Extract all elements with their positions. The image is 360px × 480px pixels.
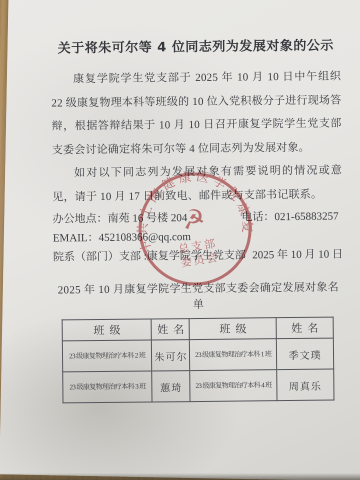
office-location-label: 办公地点：: [52, 210, 107, 230]
office-phone-row: 办公地点：南苑 16 号楼 204 电话：021-65883257: [52, 207, 342, 229]
email-value: 452108366@qq.com: [99, 228, 192, 248]
development-targets-table: 班级 姓名 班级 姓名 23 级康复物理治疗本科 2 班 朱可尔 23 级康复物…: [62, 317, 335, 404]
header-class-1: 班级: [62, 319, 152, 341]
document-content: 关于将朱可尔等 4 位同志列为发展对象的公示 康复学院学生党支部于 2025 年…: [2, 0, 360, 480]
cell-class: 23 级康复物理治疗本科 3 班: [63, 371, 153, 403]
document-date: 2025 年 10 月 10 日: [252, 245, 343, 265]
email-label: EMAIL：: [53, 229, 99, 248]
branch-value: 康复学院学生党支部: [147, 246, 246, 266]
cell-class: 23 级康复物理治疗本科 2 班: [62, 340, 152, 372]
office-location-value: 南苑 16 号楼 204: [107, 209, 187, 229]
announcement-title: 关于将朱可尔等 4 位同志列为发展对象的公示: [51, 34, 341, 56]
body-paragraph-1: 康复学院学生党支部于 2025 年 10 月 10 日中午组织 22 级康复物理…: [51, 65, 342, 162]
branch-date-row: 院系（部门）支部 :康复学院学生党支部 2025 年 10 月 10 日: [53, 245, 343, 267]
cell-class: 23 级康复物理治疗本科 4 班: [190, 370, 277, 402]
header-class-2: 班级: [189, 318, 276, 340]
phone-pair: 电话：021-65883257: [241, 208, 338, 228]
body-paragraph-2: 如对以下同志列为发展对象有需要说明的情况或意见，请于 10 月 17 日前致电、…: [52, 159, 342, 209]
header-name-2: 姓名: [276, 317, 333, 339]
cell-name: 蕙琦: [152, 371, 190, 402]
table-row: 23 级康复物理治疗本科 3 班 蕙琦 23 级康复物理治疗本科 4 班 周真乐: [63, 369, 334, 403]
table-row: 23 级康复物理治疗本科 2 班 朱可尔 23 级康复物理治疗本科 1 班 季文…: [62, 338, 333, 372]
cell-name: 朱可尔: [152, 340, 190, 371]
roster-table-caption: 2025 年 10 月康复学院学生党支部支委会确定发展对象名单: [53, 278, 343, 313]
row-spacer: [187, 221, 241, 222]
bottom-edge-shadow: [0, 473, 360, 480]
cell-class: 23 级康复物理治疗本科 1 班: [190, 339, 277, 371]
cell-name: 周真乐: [277, 369, 334, 401]
branch-label: 院系（部门）支部 :: [53, 248, 147, 268]
header-name-1: 姓名: [152, 319, 190, 340]
announcement-paper-sheet: 中共上海健康医学院康复学院 ☭ 总支部 委员会 关于将朱可尔等 4 位同志列为发…: [0, 0, 360, 480]
cell-name: 季文璞: [276, 338, 333, 370]
phone-value: 021-65883257: [274, 211, 338, 224]
phone-label: 电话：: [241, 211, 274, 223]
table-header-row: 班级 姓名 班级 姓名: [62, 317, 333, 341]
